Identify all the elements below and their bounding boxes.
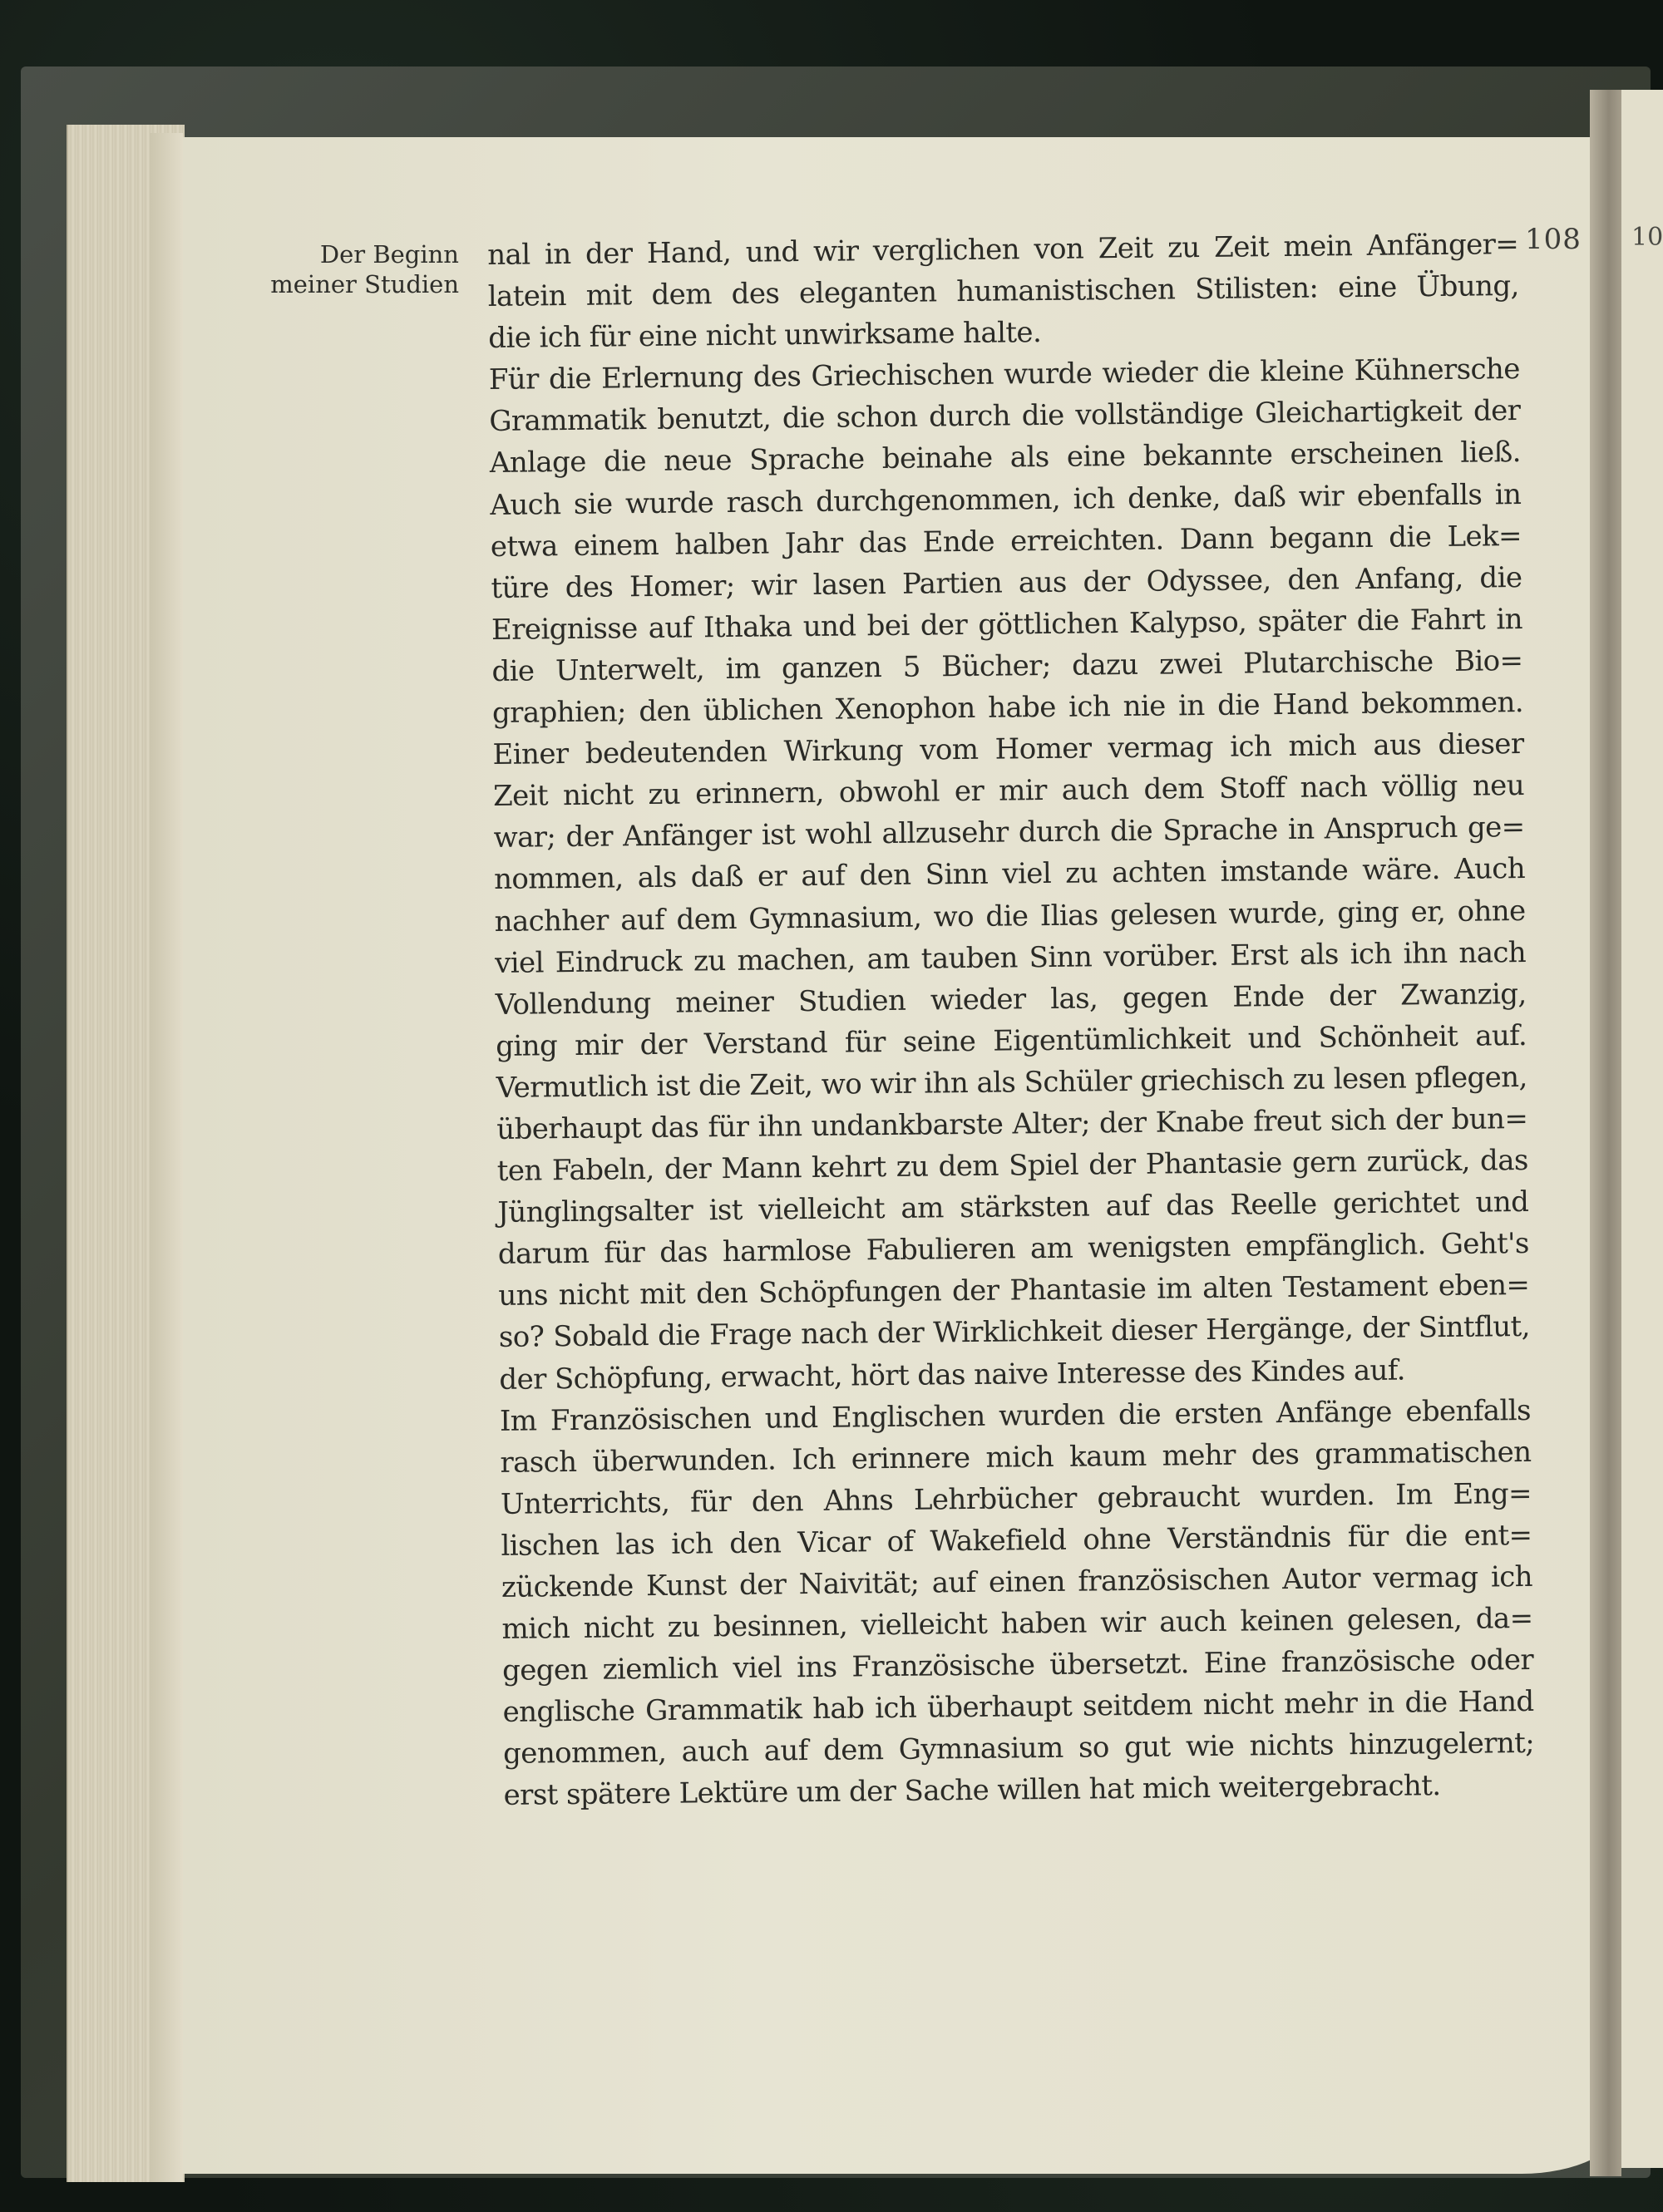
page-number: 108 — [1525, 223, 1582, 256]
facing-page-number: 10 — [1631, 223, 1663, 252]
facing-page — [1621, 90, 1663, 2168]
body-text: nal in der Hand, und wir verglichen von … — [487, 224, 1535, 1816]
margin-heading-line: meiner Studien — [266, 269, 459, 299]
margin-heading-line: Der Beginn — [266, 239, 459, 269]
margin-heading: Der Beginn meiner Studien — [266, 239, 459, 299]
page-edges-inner — [150, 133, 183, 2182]
book-gutter — [1590, 90, 1621, 2176]
